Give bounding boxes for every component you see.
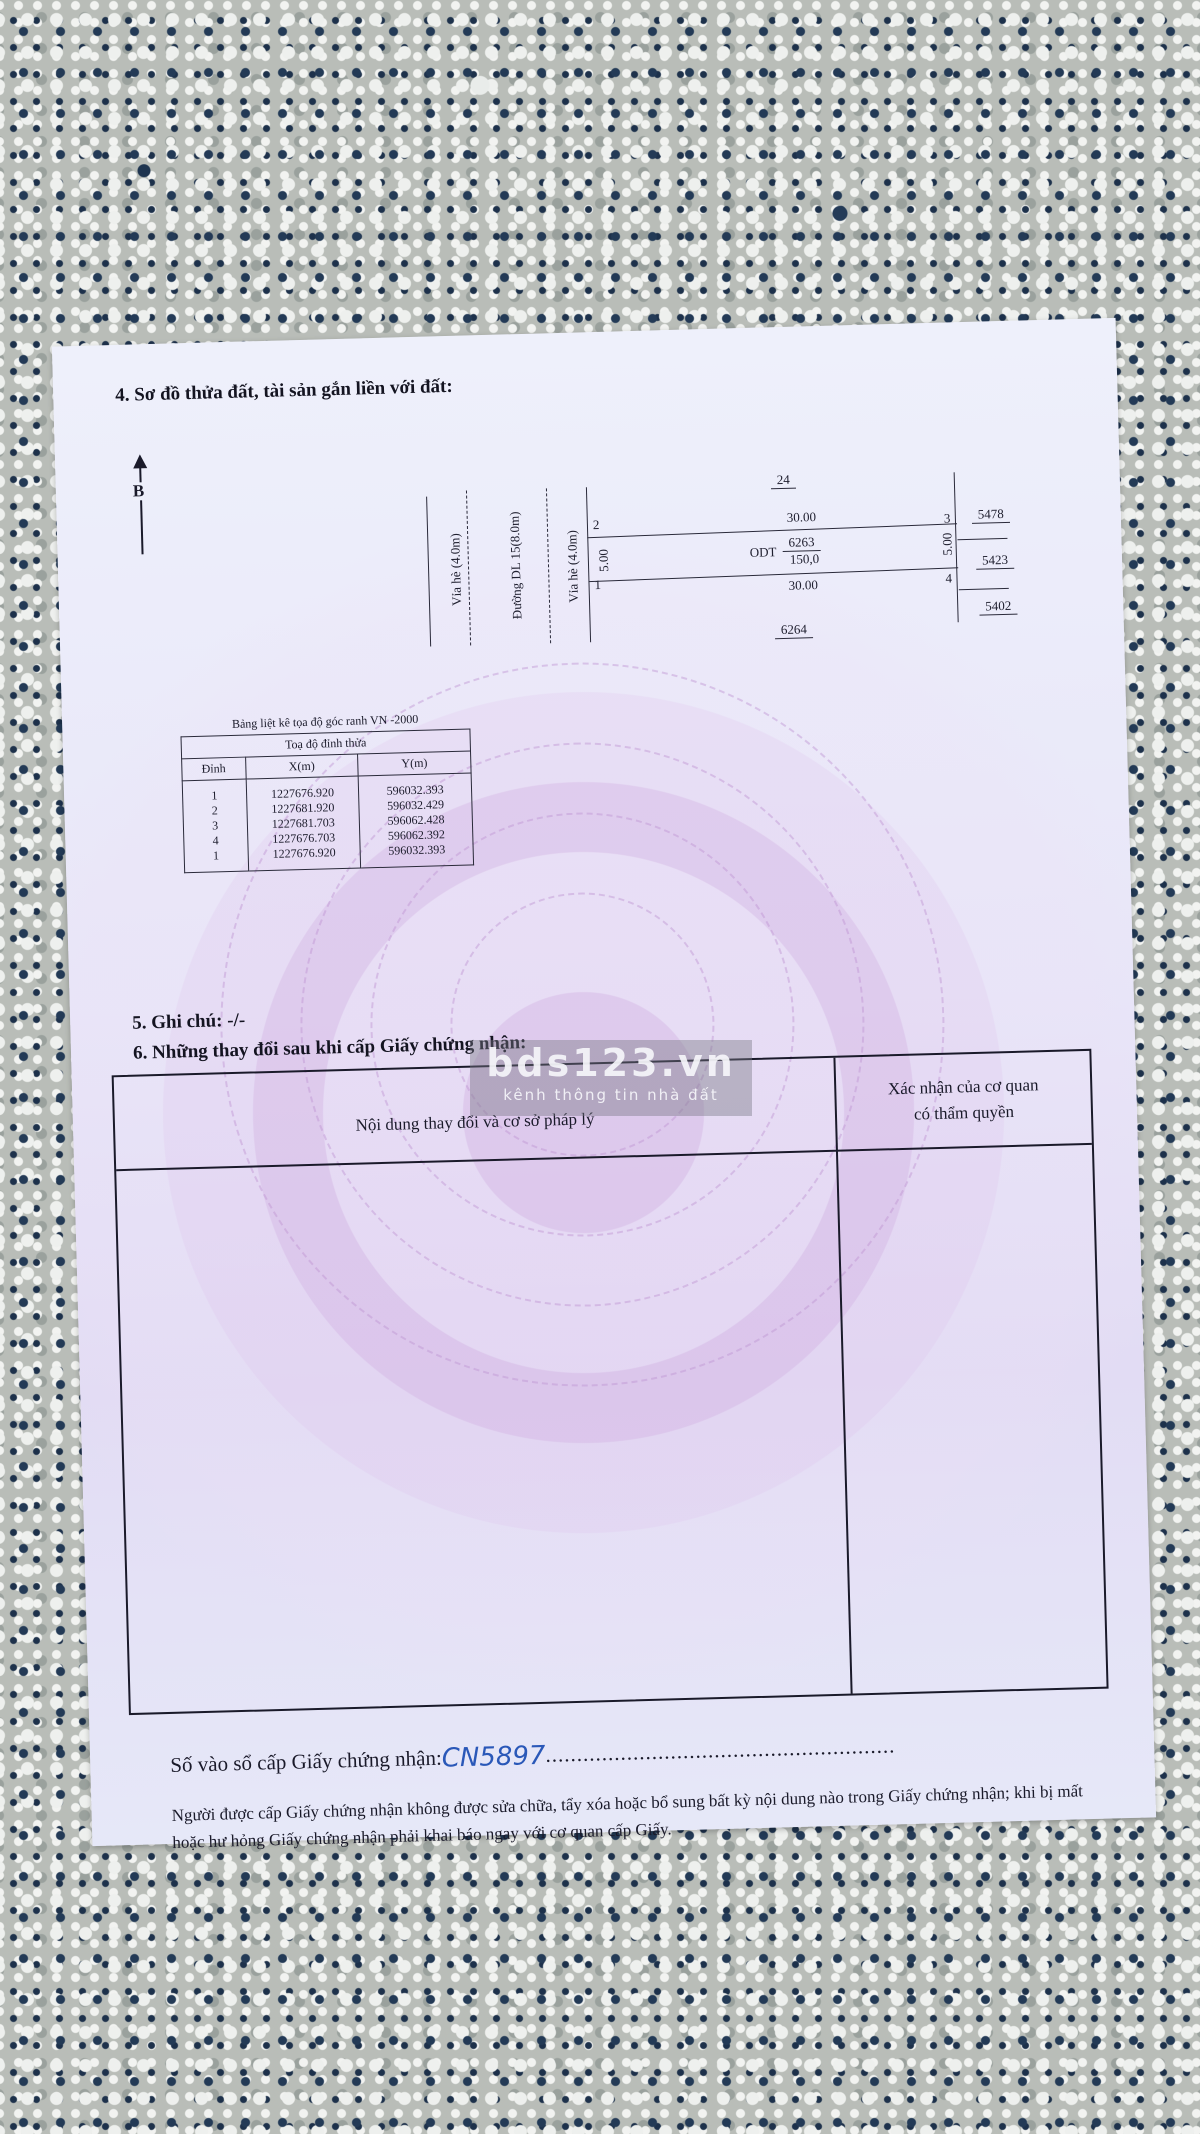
- watermark-sub: kênh thông tin nhà đất: [470, 1086, 752, 1104]
- top-length: 30.00: [787, 509, 817, 526]
- confirmation-header-line2: có thẩm quyền: [888, 1098, 1039, 1128]
- watermark-main: bds123.vn: [470, 1040, 752, 1086]
- registration-dots: ........................................…: [545, 1733, 896, 1766]
- col-header-x: X(m): [245, 754, 358, 779]
- table-row: 12341 1227676.9201227681.9201227681.7031…: [182, 773, 473, 873]
- right-neighbor-parcel: 5402: [979, 598, 1017, 616]
- vertex-1: 1: [594, 577, 601, 593]
- north-label: B: [133, 482, 145, 500]
- coordinate-cell: 1: [185, 788, 244, 805]
- right-sidewalk-label: Vỉa hè (4.0m): [564, 530, 582, 603]
- vertex-column: 12341: [182, 779, 248, 873]
- right-neighbor-parcel: 5423: [976, 552, 1014, 570]
- right-neighbor-parcel: 5478: [972, 506, 1010, 524]
- changes-content-cell: [116, 1152, 850, 1713]
- bottom-length: 30.00: [788, 577, 818, 594]
- changes-confirmation-cell: [838, 1145, 1107, 1694]
- coordinate-cell: 4: [186, 833, 245, 850]
- road-label: Đường DL 15(8.0m): [507, 511, 526, 619]
- notice-text: Người được cấp Giấy chứng nhận không đượ…: [171, 1777, 1112, 1856]
- coordinate-cell: 2: [185, 803, 244, 820]
- parcel-area: 150,0: [790, 551, 820, 568]
- north-arrow-icon: B: [130, 454, 153, 555]
- land-type: ODT: [750, 544, 777, 561]
- coordinate-cell: 1227676.920: [250, 845, 358, 863]
- top-neighbor-parcel: 24: [771, 472, 796, 490]
- coordinate-cell: 3: [186, 818, 245, 835]
- coordinate-table-block: Bảng liệt kê tọa độ góc ranh VN -2000 To…: [180, 710, 474, 873]
- right-width-label: 5.00: [939, 533, 956, 556]
- section-6-title: 6. Những thay đổi sau khi cấp Giấy chứng…: [133, 1032, 527, 1065]
- y-column: 596032.393596032.429596062.428596062.392…: [358, 773, 473, 868]
- vertex-3: 3: [944, 510, 951, 526]
- coordinate-table: Toạ độ đỉnh thửa Đỉnh X(m) Y(m) 12341 12…: [180, 728, 474, 873]
- left-sidewalk-label: Vỉa hè (4.0m): [447, 533, 465, 606]
- parcel-number: 6263: [782, 534, 820, 552]
- x-column: 1227676.9201227681.9201227681.7031227676…: [246, 776, 361, 871]
- bottom-neighbor-parcel: 6264: [775, 621, 813, 639]
- changes-table: Nội dung thay đổi và cơ sở pháp lý Xác n…: [112, 1049, 1109, 1715]
- parcel-diagram: Vỉa hè (4.0m) Đường DL 15(8.0m) Vỉa hè (…: [426, 466, 991, 661]
- changes-col-header-confirmation: Xác nhận của cơ quan có thẩm quyền: [835, 1051, 1091, 1150]
- confirmation-header-line1: Xác nhận của cơ quan: [888, 1072, 1039, 1102]
- watermark: bds123.vn kênh thông tin nhà đất: [470, 1040, 752, 1116]
- vertex-4: 4: [945, 570, 952, 586]
- col-header-vertex: Đỉnh: [182, 757, 246, 781]
- left-width-label: 5.00: [596, 549, 613, 572]
- section-4-title: 4. Sơ đồ thửa đất, tài sản gắn liền với …: [115, 376, 453, 407]
- coordinate-cell: 1: [187, 848, 246, 865]
- registration-number-line: Số vào sổ cấp Giấy chứng nhận:CN5897....…: [170, 1729, 896, 1779]
- col-header-y: Y(m): [358, 751, 471, 776]
- coordinate-cell: 596032.393: [363, 842, 471, 860]
- section-5-title: 5. Ghi chú: -/-: [132, 1010, 246, 1035]
- vertex-2: 2: [593, 517, 600, 533]
- registration-label: Số vào sổ cấp Giấy chứng nhận:: [170, 1746, 442, 1777]
- registration-handwritten-value: CN5897: [441, 1741, 546, 1774]
